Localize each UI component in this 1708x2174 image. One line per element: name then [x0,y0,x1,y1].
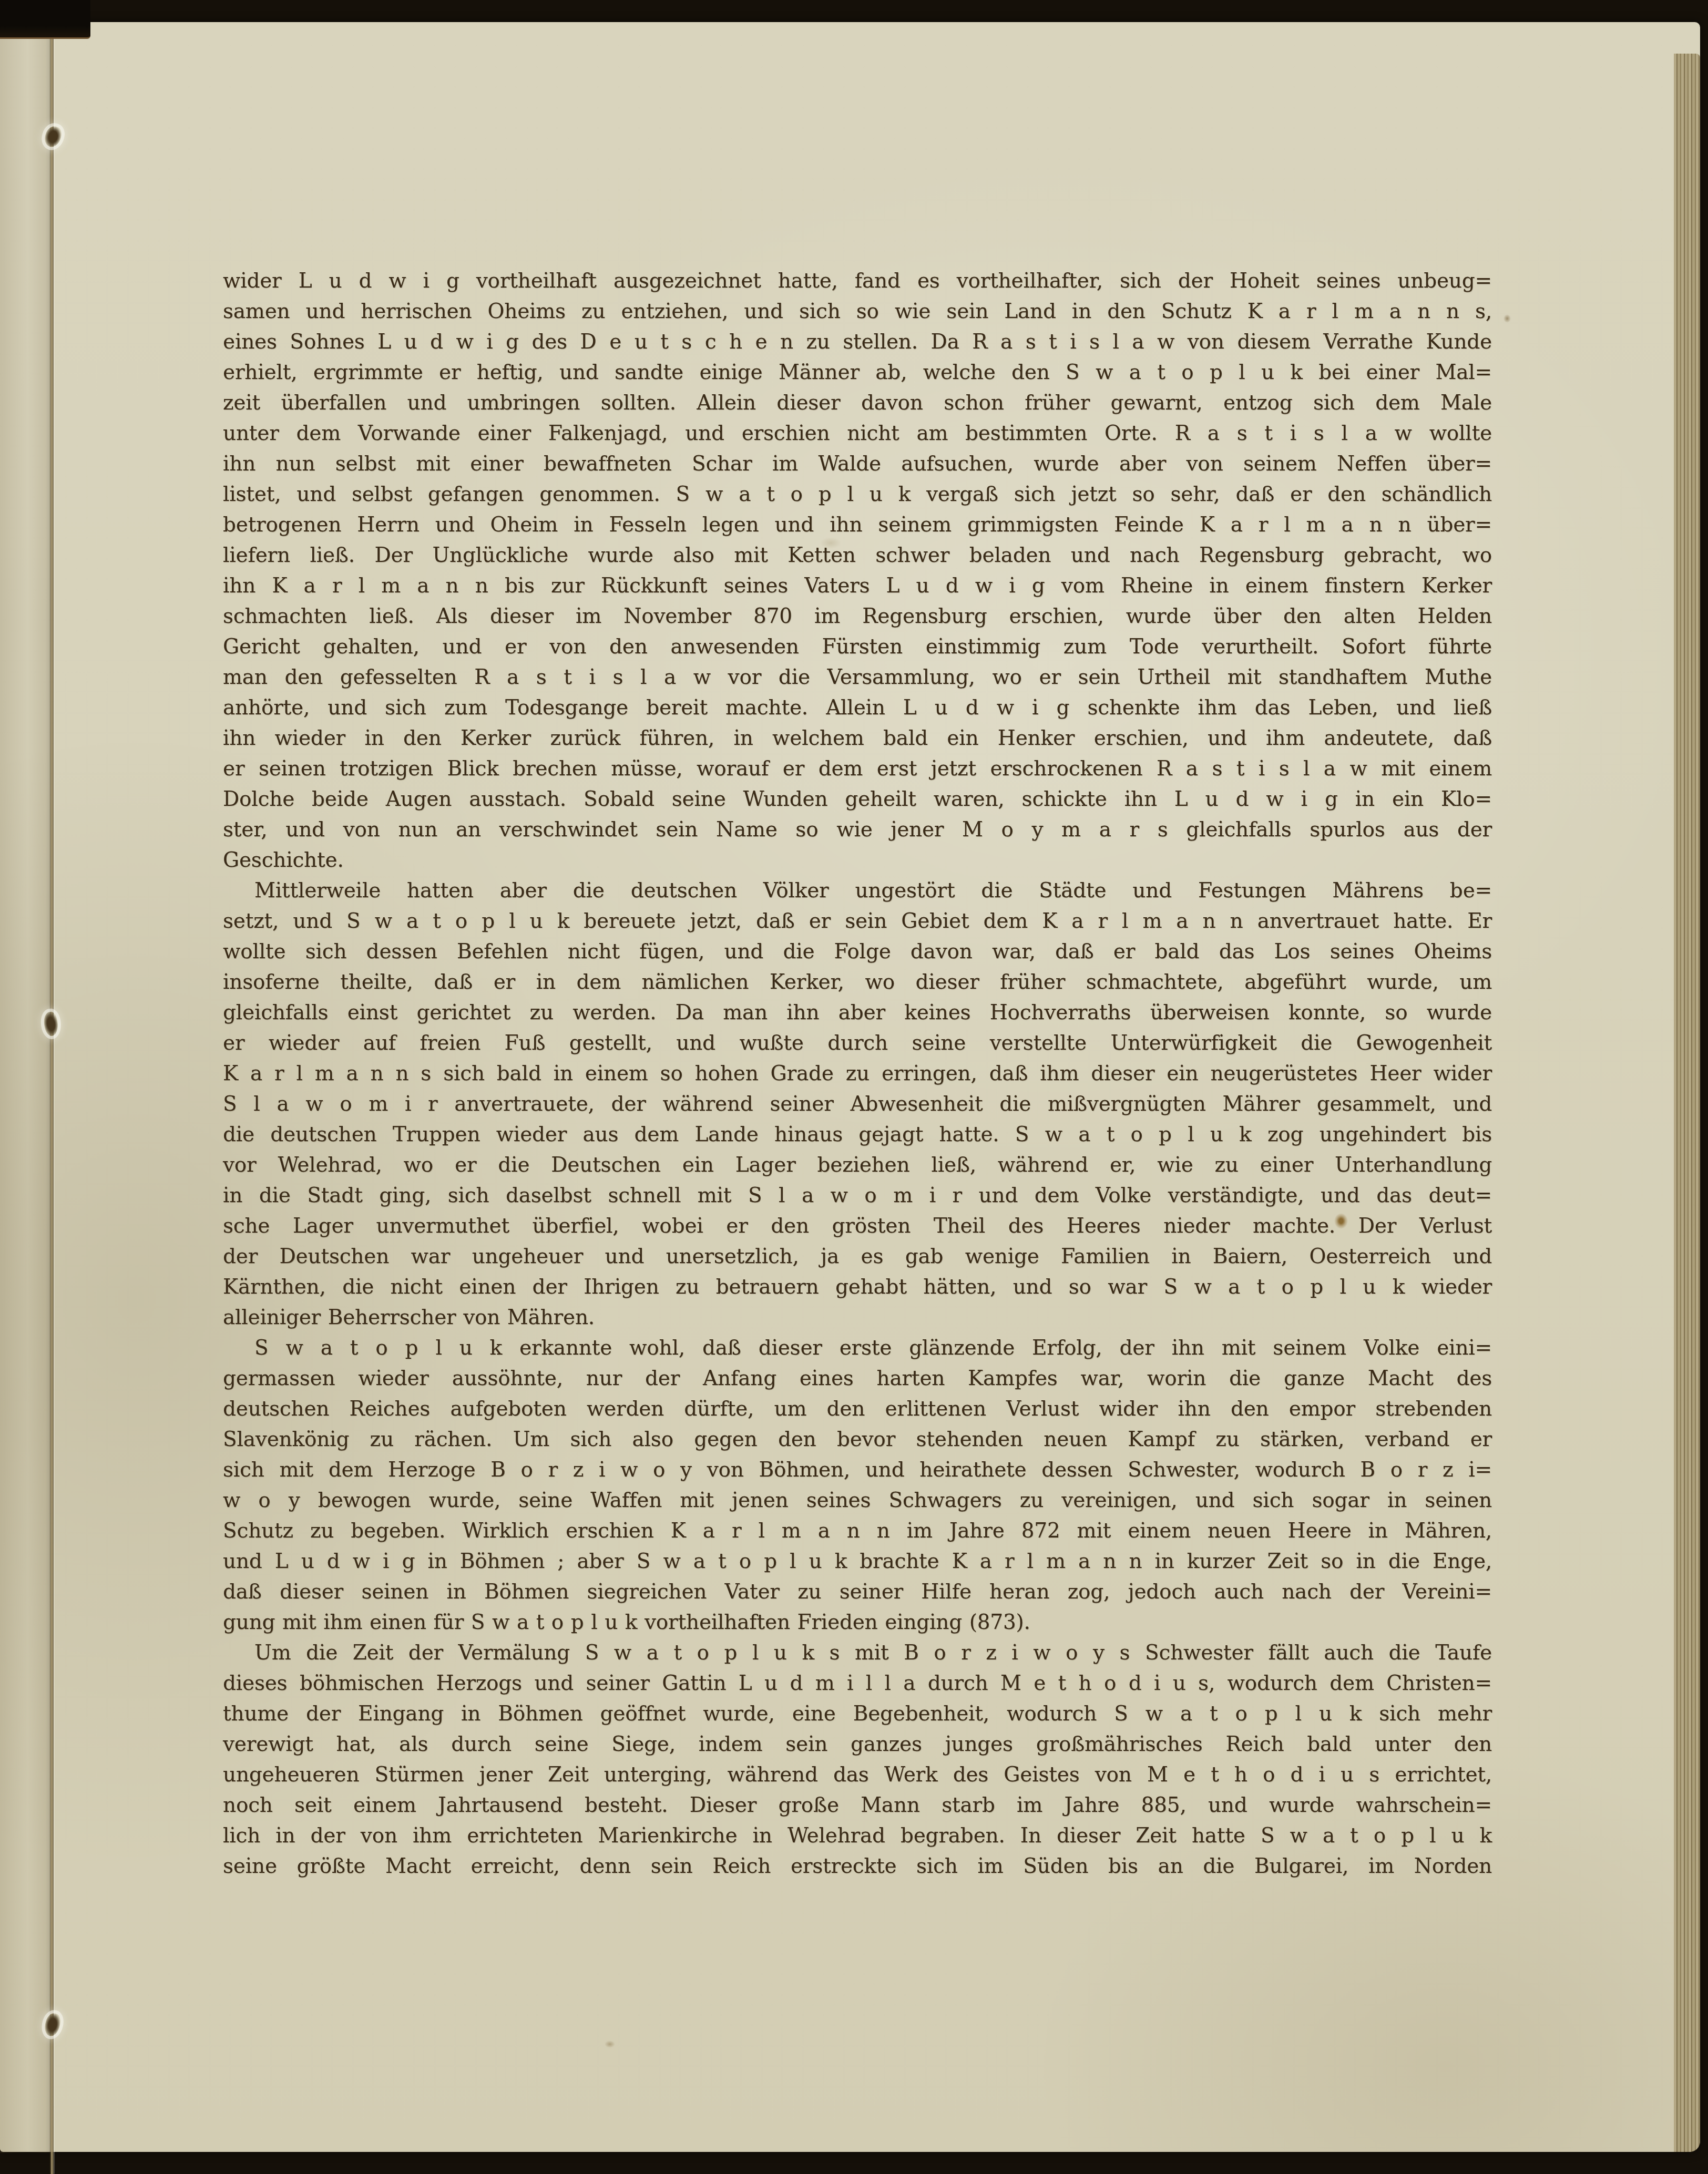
photo-background: wider L u d w i g vortheilhaft ausgezeic… [0,0,1708,2174]
text-line: wider L u d w i g vortheilhaft ausgezeic… [223,266,1492,296]
text-line: Dolche beide Augen ausstach. Sobald sein… [223,784,1492,815]
text-line: S w a t o p l u k erkannte wohl, daß die… [223,1333,1492,1363]
text-line: sich mit dem Herzoge B o r z i w o y von… [223,1455,1492,1485]
text-line: alleiniger Beherrscher von Mähren. [223,1303,1492,1333]
text-line: schmachten ließ. Als dieser im November … [223,601,1492,632]
text-line: Schutz zu begeben. Wirklich erschien K a… [223,1516,1492,1546]
text-line: man den gefesselten R a s t i s l a w vo… [223,662,1492,693]
page-fore-edge [1674,54,1700,2152]
text-line: ihn K a r l m a n n bis zur Rückkunft se… [223,571,1492,601]
text-line: S l a w o m i r anvertrauete, der währen… [223,1089,1492,1120]
text-line: in die Stadt ging, sich daselbst schnell… [223,1181,1492,1211]
text-line: betrogenen Herrn und Oheim in Fesseln le… [223,510,1492,540]
text-line: gleichfalls einst gerichtet zu werden. D… [223,998,1492,1028]
text-line: lich in der von ihm errichteten Marienki… [223,1821,1492,1851]
text-block: wider L u d w i g vortheilhaft ausgezeic… [223,266,1492,1882]
text-line: die deutschen Truppen wieder aus dem Lan… [223,1120,1492,1150]
text-line: verewigt hat, als durch seine Siege, ind… [223,1729,1492,1760]
text-line: ihn wieder in den Kerker zurück führen, … [223,723,1492,754]
text-line: erhielt, ergrimmte er heftig, und sandte… [223,357,1492,388]
binding-thread [50,22,54,2174]
text-line: dieses böhmischen Herzogs und seiner Gat… [223,1668,1492,1699]
age-stain [1504,314,1511,323]
text-line: eines Sohnes L u d w i g des D e u t s c… [223,327,1492,357]
text-line: liefern ließ. Der Unglückliche wurde als… [223,540,1492,571]
text-line: ungeheueren Stürmen jener Zeit unterging… [223,1760,1492,1790]
binding-gutter-shadow [0,22,50,2153]
text-line: unter dem Vorwande einer Falkenjagd, und… [223,418,1492,449]
text-line: deutschen Reiches aufgeboten werden dürf… [223,1394,1492,1424]
text-line: daß dieser seinen in Böhmen siegreichen … [223,1577,1492,1607]
text-line: der Deutschen war ungeheuer und unersetz… [223,1242,1492,1272]
age-stain [605,2040,615,2048]
text-line: Slavenkönig zu rächen. Um sich also gege… [223,1424,1492,1455]
text-line: gung mit ihm einen für S w a t o p l u k… [223,1607,1492,1638]
text-line: Geschichte. [223,845,1492,876]
text-line: listet, und selbst gefangen genommen. S … [223,479,1492,510]
text-line: insoferne theilte, daß er in dem nämlich… [223,967,1492,998]
text-line: thume der Eingang in Böhmen geöffnet wur… [223,1699,1492,1729]
text-line: sche Lager unvermuthet überfiel, wobei e… [223,1211,1492,1242]
text-line: samen und herrischen Oheims zu entziehen… [223,296,1492,327]
text-line: Mittlerweile hatten aber die deutschen V… [223,876,1492,906]
text-line: vor Welehrad, wo er die Deutschen ein La… [223,1150,1492,1181]
cover-corner [0,0,90,39]
text-line: Um die Zeit der Vermälung S w a t o p l … [223,1638,1492,1668]
text-line: er wieder auf freien Fuß gestellt, und w… [223,1028,1492,1059]
text-line: setzt, und S w a t o p l u k bereuete je… [223,906,1492,937]
text-line: germassen wieder aussöhnte, nur der Anfa… [223,1363,1492,1394]
text-line: seine größte Macht erreicht, denn sein R… [223,1851,1492,1882]
text-line: anhörte, und sich zum Todesgange bereit … [223,693,1492,723]
text-line: K a r l m a n n s sich bald in einem so … [223,1059,1492,1089]
text-line: wollte sich dessen Befehlen nicht fügen,… [223,937,1492,967]
text-line: ster, und von nun an verschwindet sein N… [223,815,1492,845]
text-line: w o y bewogen wurde, seine Waffen mit je… [223,1485,1492,1516]
text-line: Kärnthen, die nicht einen der Ihrigen zu… [223,1272,1492,1303]
text-line: Gericht gehalten, und er von den anwesen… [223,632,1492,662]
text-line: und L u d w i g in Böhmen ; aber S w a t… [223,1546,1492,1577]
text-line: er seinen trotzigen Blick brechen müsse,… [223,754,1492,784]
text-line: zeit überfallen und umbringen sollten. A… [223,388,1492,418]
text-line: noch seit einem Jahrtausend besteht. Die… [223,1790,1492,1821]
text-line: ihn nun selbst mit einer bewaffneten Sch… [223,449,1492,479]
